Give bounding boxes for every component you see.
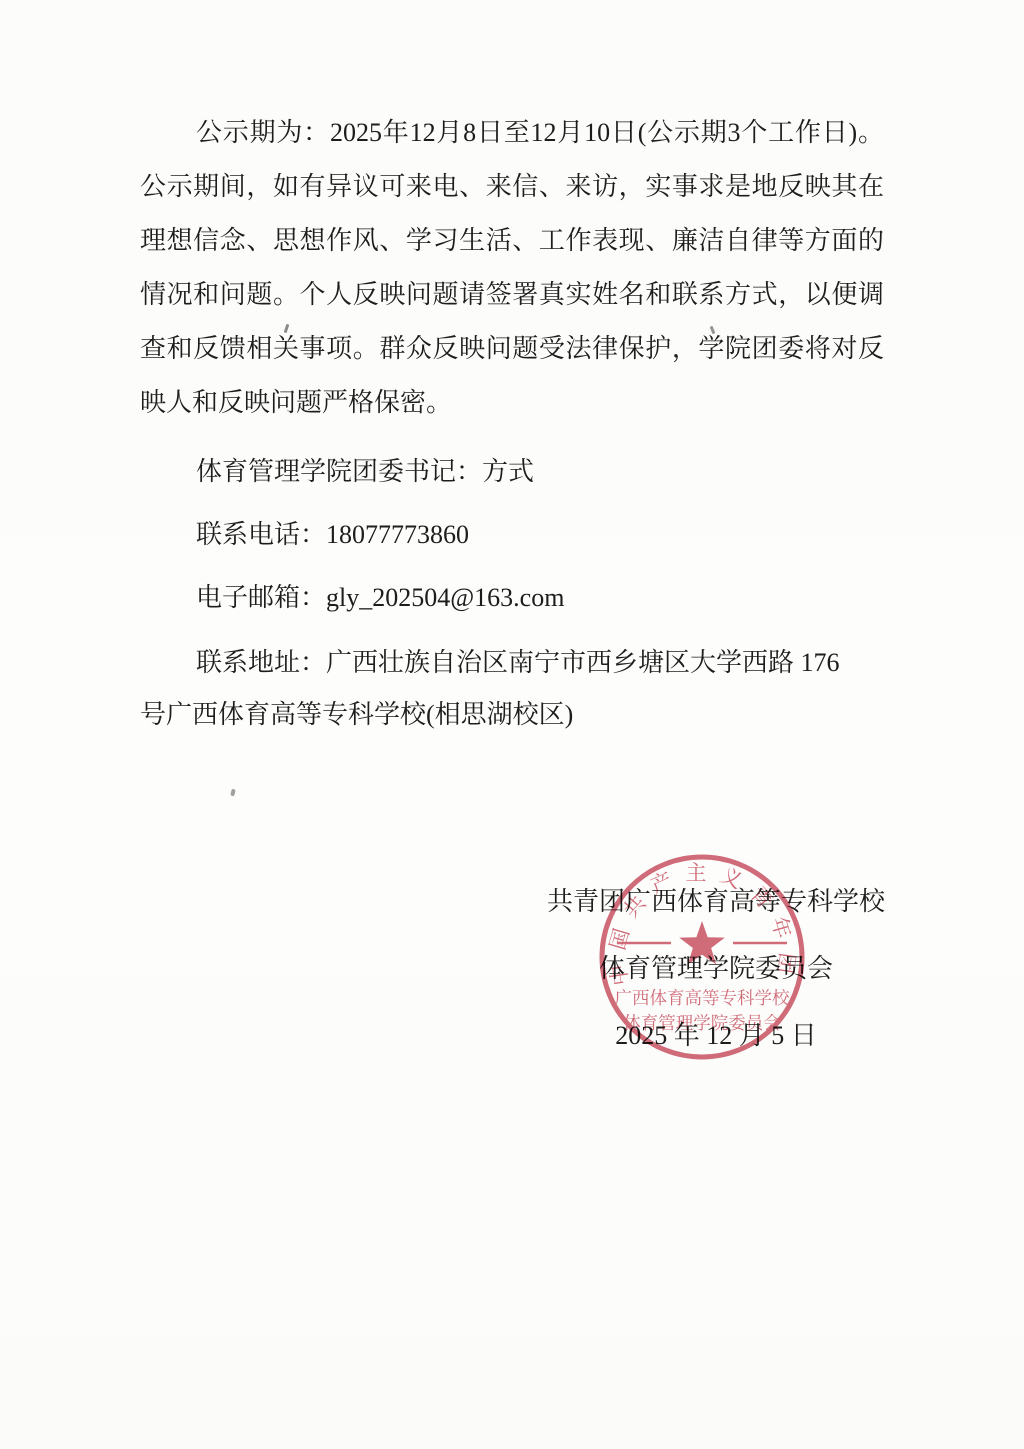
scan-speck xyxy=(230,789,236,797)
contact-email-line: 电子邮箱：gly_202504@163.com xyxy=(140,571,884,625)
scanned-notice-page: 公示期为：2025年12月8日至12月10日(公示期3个工作日)。 公示期间，如… xyxy=(0,0,1024,1449)
contact-phone-line: 联系电话：18077773860 xyxy=(140,508,884,562)
paragraph-line: 公示期间，如有异议可来电、来信、来访，实事求是地反映其在 xyxy=(140,160,884,214)
contact-secretary-line: 体育管理学院团委书记：方式 xyxy=(140,445,884,499)
paragraph-line: 公示期为：2025年12月8日至12月10日(公示期3个工作日)。 xyxy=(140,106,884,160)
contact-address-line-2: 号广西体育高等专科学校(相思湖校区) xyxy=(140,688,884,742)
star-icon xyxy=(679,921,725,964)
paragraph-line: 情况和问题。个人反映问题请签署真实姓名和联系方式，以便调 xyxy=(140,268,884,322)
seal-center-text-2: 体育管理学院委员会 xyxy=(623,1013,781,1033)
paragraph-line: 查和反馈相关事项。群众反映问题受法律保护，学院团委将对反 xyxy=(140,322,884,376)
contact-address-line-1: 联系地址：广西壮族自治区南宁市西乡塘区大学西路 176 xyxy=(140,636,884,690)
seal-center-text-1: 广西体育高等专科学校 xyxy=(615,988,790,1008)
paragraph-line: 理想信念、思想作风、学习生活、工作表现、廉洁自律等方面的 xyxy=(140,214,884,268)
official-seal: 中国共产主义青年团 广西体育高等专科学校 体育管理学院委员会 xyxy=(591,846,813,1068)
paragraph-line: 映人和反映问题严格保密。 xyxy=(140,376,884,430)
notice-paragraph: 公示期为：2025年12月8日至12月10日(公示期3个工作日)。 公示期间，如… xyxy=(140,106,884,430)
